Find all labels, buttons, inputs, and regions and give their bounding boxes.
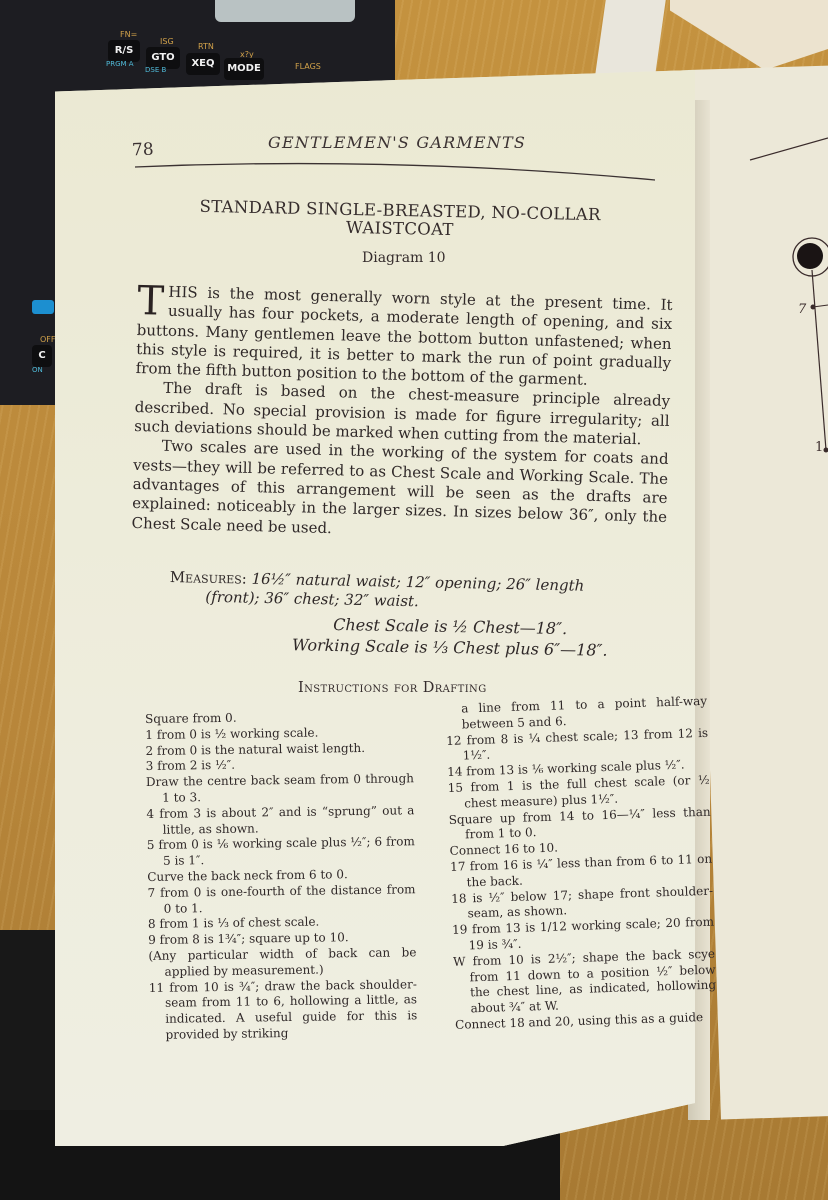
calc-key-top-label: RTN	[198, 42, 214, 51]
running-head: GENTLEMEN'S GARMENTS	[268, 133, 526, 152]
calc-flags-label: FLAGS	[295, 62, 321, 71]
measures-label: Measures:	[170, 568, 247, 588]
instructions-column-right: a line from 11 to a point half-way betwe…	[445, 694, 717, 1034]
page-number: 78	[132, 140, 154, 161]
calc-key-rs[interactable]: R/S	[108, 40, 140, 62]
instruction-item: W from 10 is 2½″; shape the back scye fr…	[453, 946, 717, 1017]
calc-on-label: ON	[32, 366, 43, 374]
calc-shift-key[interactable]	[32, 300, 54, 314]
diagram-point-label: 7	[798, 302, 806, 317]
instruction-item: Draw the centre back seam from 0 through…	[146, 771, 414, 806]
paragraph: THIS is the most generally worn style at…	[135, 282, 672, 392]
instruction-item: 5 from 0 is ⅙ working scale plus ½″; 6 f…	[147, 835, 415, 870]
instruction-item: (Any particular width of back can be app…	[148, 945, 416, 980]
calc-key-sub-label: PRGM A	[106, 60, 134, 68]
diagram-point-label: 1	[815, 440, 823, 455]
facing-page-diagram	[740, 120, 828, 470]
instructions-column-left: Square from 0. 1 from 0 is ½ working sca…	[145, 708, 418, 1043]
instruction-item: 11 from 10 is ¾″; draw the back shoulder…	[149, 977, 418, 1044]
calc-key-c[interactable]: C	[32, 345, 52, 367]
instruction-item: 4 from 3 is about 2″ and is “sprung” out…	[146, 803, 414, 838]
diagram-label: Diagram 10	[362, 250, 446, 266]
calculator-screen	[215, 0, 355, 22]
intro-text: THIS is the most generally worn style at…	[131, 282, 672, 547]
instruction-item: 7 from 0 is one-fourth of the distance f…	[147, 882, 415, 917]
drop-cap: T	[137, 284, 165, 319]
calc-key-top-label: FN=	[120, 30, 137, 39]
scales-block: Chest Scale is ½ Chest—18″. Working Scal…	[230, 612, 671, 662]
calc-key-top-label: ISG	[160, 37, 174, 46]
instructions-heading: Instructions for Drafting	[298, 680, 487, 696]
calc-key-mode[interactable]: MODE	[224, 58, 264, 80]
calc-key-sub-label: DSE B	[145, 66, 166, 74]
header-rule	[135, 160, 655, 182]
paragraph: Two scales are used in the working of th…	[131, 436, 668, 546]
calc-key-xeq[interactable]: XEQ	[186, 53, 220, 75]
calc-off-label: OFF	[40, 335, 56, 344]
